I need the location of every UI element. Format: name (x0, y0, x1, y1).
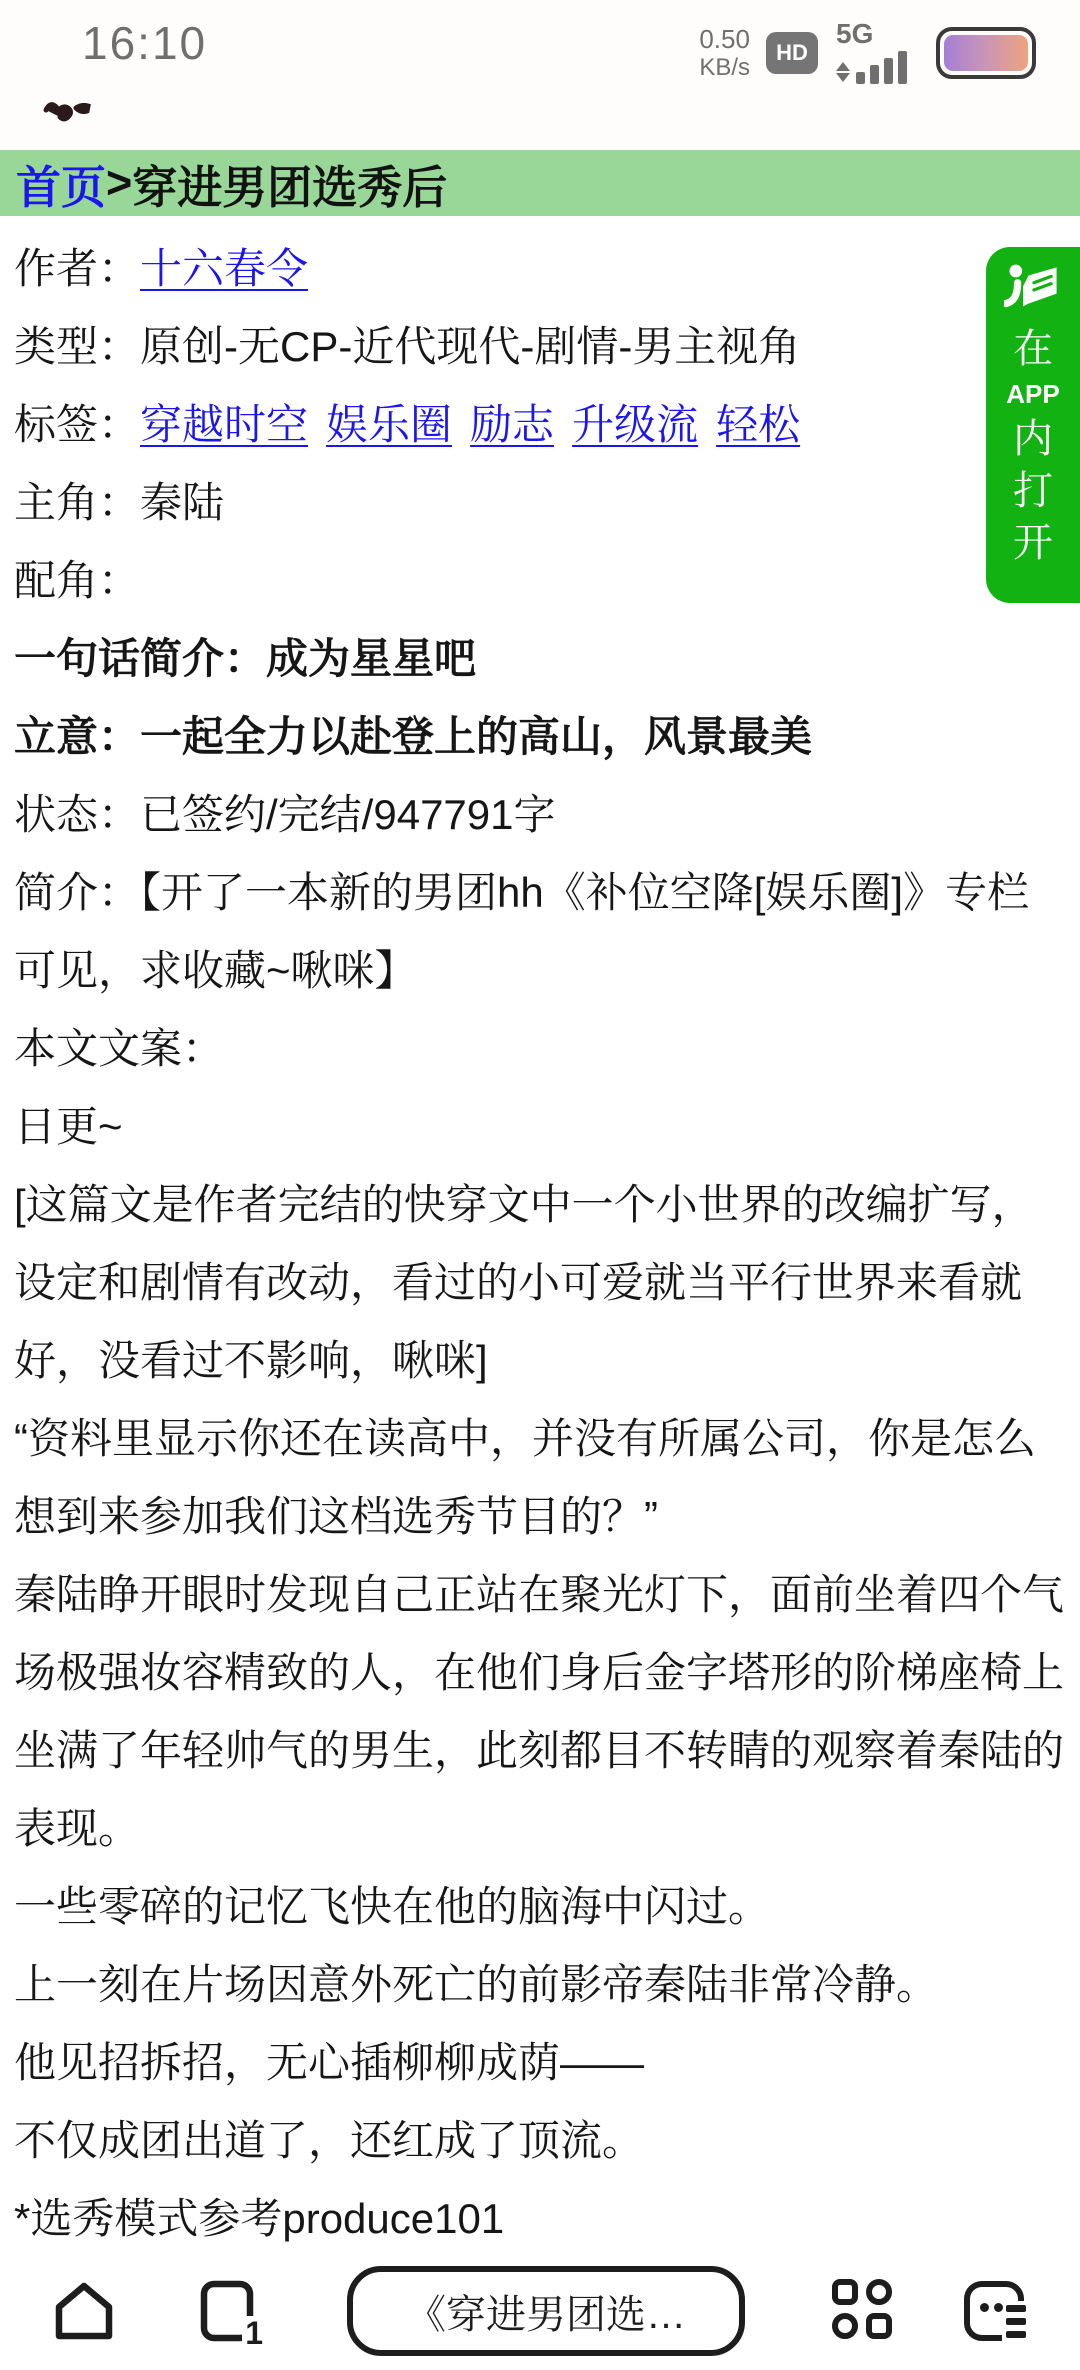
tag-link[interactable]: 穿越时空 (140, 401, 308, 448)
synopsis-paragraph: 他见招拆招，无心插柳柳成荫—— (14, 2024, 1066, 2102)
type-value: 原创-无CP-近代现代-剧情-男主视角 (140, 323, 800, 370)
synopsis-paragraph: 不仅成团出道了，还红成了顶流。 (14, 2102, 1066, 2180)
tag-link[interactable]: 升级流 (572, 401, 698, 448)
tag-link[interactable]: 励志 (470, 401, 554, 448)
one-line-label: 一句话简介： (14, 635, 266, 682)
page-title: 穿进男团选秀后 (132, 151, 447, 216)
tag-links: 穿越时空娱乐圈励志升级流轻松 (140, 401, 818, 448)
clock-text: 16:10 (82, 16, 207, 70)
tag-link[interactable]: 娱乐圈 (326, 401, 452, 448)
breadcrumb: 首页>穿进男团选秀后 (0, 150, 1080, 216)
synopsis-paragraph: [这篇文是作者完结的快穿文中一个小世界的改编扩写，设定和剧情有改动，看过的小可爱… (14, 1166, 1066, 1400)
browser-toolbar: 1 《穿进男团选… (0, 2252, 1080, 2370)
data-arrows-icon (836, 62, 850, 82)
profile-menu-icon[interactable] (962, 2279, 1026, 2343)
novel-detail-page: 16:10 0.50 KB/s HD 5G 首页>穿进男团选秀后 (0, 0, 1080, 2370)
breadcrumb-home-link[interactable]: 首页 (16, 151, 106, 216)
synopsis-paragraph: 本文文案： (14, 1010, 1066, 1088)
network-type-label: 5G (836, 18, 873, 50)
synopsis-paragraph: 上一刻在片场因意外死亡的前影帝秦陆非常冷静。 (14, 1946, 1066, 2024)
type-label: 类型： (14, 323, 140, 370)
signal-bars-icon (856, 51, 907, 84)
synopsis-paragraph: “资料里显示你还在读高中，并没有所属公司，你是怎么想到来参加我们这档选秀节目的？… (14, 1400, 1066, 1556)
tab-count-badge: 1 (242, 2316, 266, 2350)
tag-link[interactable]: 轻松 (716, 401, 800, 448)
concept-value: 一起全力以赴登上的高山，风景最美 (140, 713, 812, 760)
concept-label: 立意： (14, 713, 140, 760)
meta-row-intro: 简介：【开了一本新的男团hh《补位空降[娱乐圈]》专栏可见，求收藏~啾咪】 (14, 854, 1066, 1010)
meta-row-supporting: 配角： (14, 542, 1066, 620)
network-speed-unit: KB/s (699, 56, 750, 80)
meta-row-type: 类型：原创-无CP-近代现代-剧情-男主视角 (14, 308, 1066, 386)
address-pill[interactable]: 《穿进男团选… (347, 2266, 745, 2356)
one-line-value: 成为星星吧 (266, 635, 476, 682)
hd-icon: HD (766, 32, 818, 74)
synopsis-paragraph: 一些零碎的记忆飞快在他的脑海中闪过。 (14, 1868, 1066, 1946)
tabs-icon[interactable]: 1 (196, 2278, 262, 2344)
meta-row-author: 作者：十六春令 (14, 230, 1066, 308)
author-link[interactable]: 十六春令 (140, 245, 308, 292)
supporting-label: 配角： (14, 557, 140, 604)
status-bar: 16:10 0.50 KB/s HD 5G (0, 0, 1080, 150)
address-pill-title: 《穿进男团选… (406, 2283, 686, 2340)
synopsis-paragraph: 日更~ (14, 1088, 1066, 1166)
meta-row-status: 状态：已签约/完结/947791字 (14, 776, 1066, 854)
meta-row-one-line: 一句话简介：成为星星吧 (14, 620, 1066, 698)
novel-info: 作者：十六春令 类型：原创-无CP-近代现代-剧情-男主视角 标签：穿越时空娱乐… (0, 216, 1080, 2358)
battery-icon (936, 27, 1036, 79)
meta-row-concept: 立意：一起全力以赴登上的高山，风景最美 (14, 698, 1066, 776)
synopsis-paragraph: *选秀模式参考produce101 (14, 2180, 1066, 2258)
meta-row-tags: 标签：穿越时空娱乐圈励志升级流轻松 (14, 386, 1066, 464)
breadcrumb-separator: > (106, 157, 132, 209)
author-label: 作者： (14, 245, 140, 292)
network-speed: 0.50 KB/s (699, 26, 750, 80)
protagonist-value: 秦陆 (140, 479, 224, 526)
status-value: 已签约/完结/947791字 (140, 791, 556, 838)
status-label: 状态： (14, 791, 140, 838)
apps-grid-icon[interactable] (832, 2279, 896, 2343)
protagonist-label: 主角： (14, 479, 140, 526)
meta-row-protagonist: 主角：秦陆 (14, 464, 1066, 542)
intro-value: 【开了一本新的男团hh《补位空降[娱乐圈]》专栏可见，求收藏~啾咪】 (14, 869, 1029, 994)
network-speed-value: 0.50 (699, 26, 750, 52)
synopsis: 本文文案：日更~[这篇文是作者完结的快穿文中一个小世界的改编扩写，设定和剧情有改… (14, 1010, 1066, 2258)
synopsis-paragraph: 秦陆睁开眼时发现自己正站在聚光灯下，面前坐着四个气场极强妆容精致的人，在他们身后… (14, 1556, 1066, 1868)
home-icon[interactable] (52, 2279, 116, 2343)
intro-label: 简介： (14, 869, 140, 916)
signal-icon: 5G (834, 22, 920, 84)
tags-label: 标签： (14, 401, 140, 448)
ink-scribble (42, 92, 104, 126)
